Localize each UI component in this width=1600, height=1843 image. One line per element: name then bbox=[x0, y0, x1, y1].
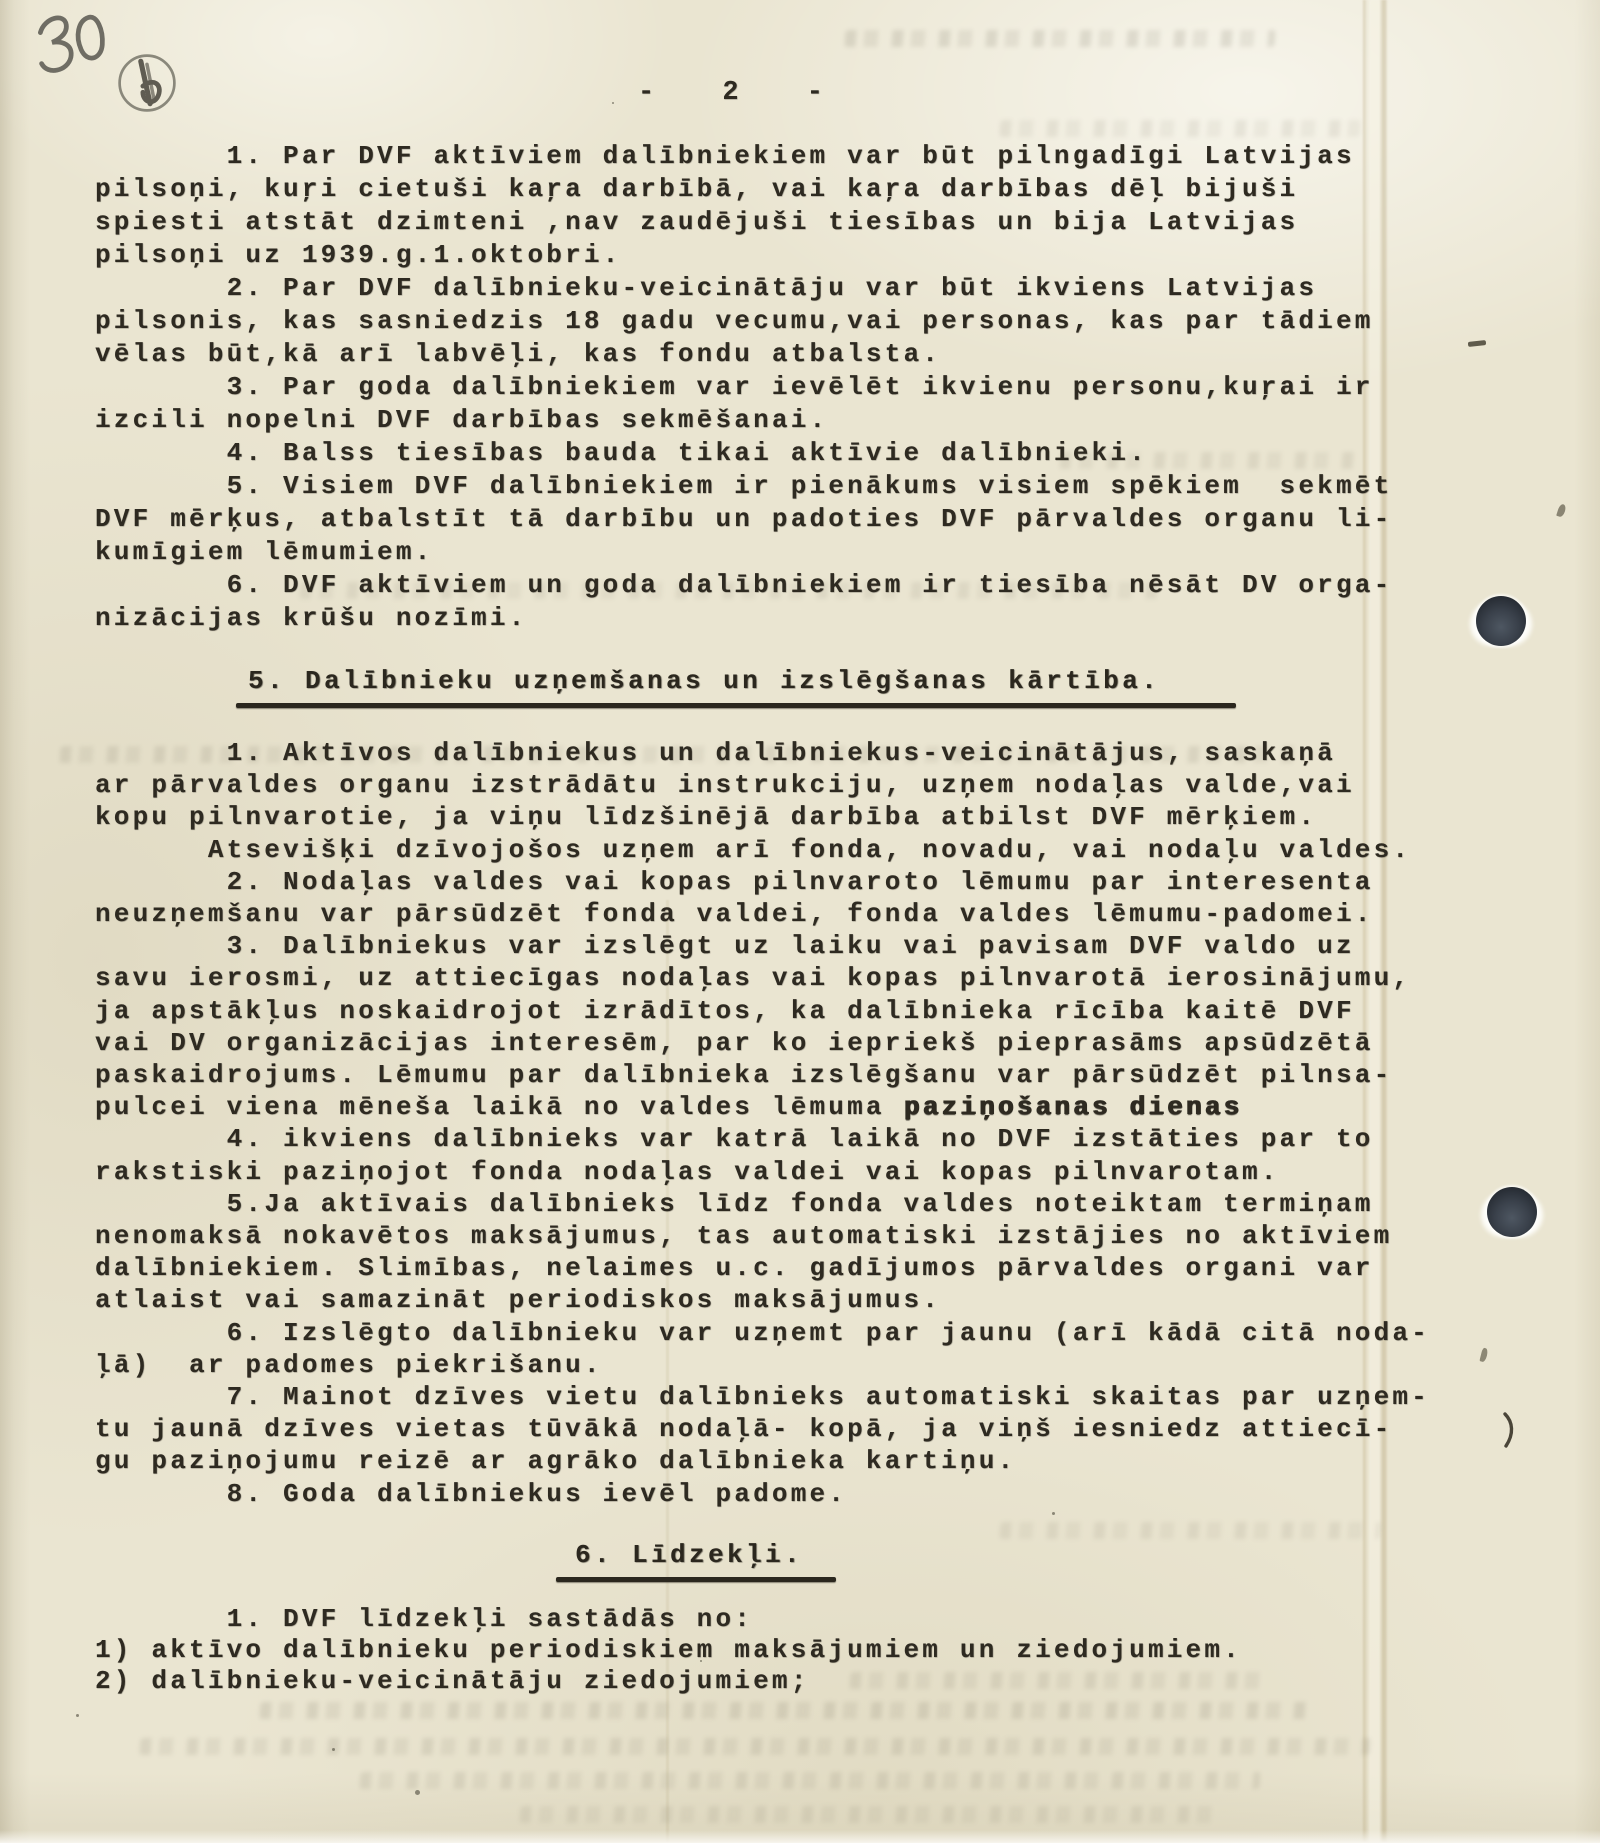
bleedthrough-smudge bbox=[844, 30, 1275, 47]
text-line: 5.Ja aktīvais dalībnieks līdz fonda vald… bbox=[95, 1188, 1374, 1221]
text-line: savu ierosmi, uz attiecīgas nodaļas vai … bbox=[95, 962, 1411, 995]
heading-underline bbox=[236, 703, 1236, 708]
bleedthrough-smudge bbox=[259, 1702, 1310, 1719]
bleedthrough-smudge bbox=[519, 1806, 1220, 1823]
text-line: vēlas būt,kā arī labvēļi, kas fondu atba… bbox=[95, 338, 941, 371]
text-line: DVF mērķus, atbalstīt tā darbību un pado… bbox=[95, 503, 1392, 536]
text-line: ar pārvaldes organu izstrādātu instrukci… bbox=[95, 769, 1355, 802]
text-line: 1. DVF līdzekļi sastādās no: bbox=[95, 1603, 753, 1636]
page-number: - 2 - bbox=[638, 78, 849, 108]
text-line: tu jaunā dzīves vietas tūvākā nodaļā- ko… bbox=[95, 1413, 1392, 1446]
text-line: 4. Balss tiesības bauda tikai aktīvie da… bbox=[95, 437, 1148, 470]
text-line: 8. Goda dalībniekus ievēl padome. bbox=[95, 1478, 847, 1511]
section-heading-6-funds: 6. Līdzekļi. bbox=[575, 1540, 803, 1570]
text-line: 1) aktīvo dalībnieku periodiskiem maksāj… bbox=[95, 1634, 1242, 1667]
text-line: paskaidrojums. Lēmumu par dalībnieka izs… bbox=[95, 1059, 1392, 1092]
text-line: ja apstākļus noskaidrojot izrādītos, ka … bbox=[95, 995, 1355, 1028]
text-line: pilsonis, kas sasniedzis 18 gadu vecumu,… bbox=[95, 305, 1374, 338]
paper-speck bbox=[415, 1790, 420, 1795]
bleedthrough-smudge bbox=[849, 1672, 1270, 1689]
bleedthrough-smudge bbox=[999, 1522, 1380, 1539]
text-line: 1. Par DVF aktīviem dalībniekiem var būt… bbox=[95, 140, 1355, 173]
text-line: vai DV organizācijas interesēm, par ko i… bbox=[95, 1027, 1374, 1060]
text-line: 1. Aktīvos dalībniekus un dalībniekus-ve… bbox=[95, 737, 1336, 770]
text-line: 2) dalībnieku-veicinātāju ziedojumiem; bbox=[95, 1665, 810, 1698]
text-line: 6. Izslēgto dalībnieku var uzņemt par ja… bbox=[95, 1317, 1430, 1350]
scan-bottom-edge bbox=[0, 1830, 1600, 1843]
text-line: ļā) ar padomes piekrišanu. bbox=[95, 1349, 603, 1382]
text-line: 7. Mainot dzīves vietu dalībnieks automa… bbox=[95, 1381, 1430, 1414]
text-line: kopu pilnvarotie, ja viņu līdzšinējā dar… bbox=[95, 801, 1317, 834]
bleedthrough-smudge bbox=[359, 1772, 1260, 1789]
text-line: pilsoņi, kuŗi cietuši kaŗa darbībā, vai … bbox=[95, 173, 1298, 206]
circled-pencil-initial-icon bbox=[116, 52, 178, 114]
text-line: dalībniekiem. Slimības, nelaimes u.c. ga… bbox=[95, 1252, 1374, 1285]
text-line: 2. Par DVF dalībnieku-veicinātāju var bū… bbox=[95, 272, 1317, 305]
paper-speck bbox=[332, 1748, 335, 1751]
text-line: 3. Par goda dalībniekiem var ievēlēt ikv… bbox=[95, 371, 1374, 404]
text-line: atlaist vai samazināt periodiskos maksāj… bbox=[95, 1284, 941, 1317]
text-line: izcili nopelni DVF darbības sekmēšanai. bbox=[95, 404, 828, 437]
text-line: neuzņemšanu var pārsūdzēt fonda valdei, … bbox=[95, 898, 1374, 931]
paper-speck bbox=[700, 1660, 702, 1662]
stray-typed-dash bbox=[1468, 340, 1486, 347]
section-heading-5-admission: 5. Dalībnieku uzņemšanas un izslēgšanas … bbox=[248, 666, 1160, 696]
text-line: 3. Dalībniekus var izslēgt uz laiku vai … bbox=[95, 930, 1355, 963]
text-line: 5. Visiem DVF dalībniekiem ir pienākums … bbox=[95, 470, 1392, 503]
text-line: rakstiski paziņojot fonda nodaļas valdei… bbox=[95, 1156, 1280, 1189]
scanned-typewritten-page: - 2 - 1. Par DVF aktīviem dalībniekiem v… bbox=[0, 0, 1600, 1843]
text-line: pulcei viena mēneša laikā no valdes lēmu… bbox=[95, 1091, 1242, 1124]
text-line: gu paziņojumu reizē ar agrāko dalībnieka… bbox=[95, 1445, 1016, 1478]
text-line: pilsoņi uz 1939.g.1.oktobri. bbox=[95, 239, 621, 272]
paper-speck bbox=[612, 102, 614, 104]
overtyped-text: paziņošanas dienas bbox=[904, 1092, 1242, 1122]
stray-ink-mark bbox=[1479, 1347, 1488, 1362]
text-line: Atsevišķi dzīvojošos uzņem arī fonda, no… bbox=[95, 834, 1411, 867]
text-line: 4. ikviens dalībnieks var katrā laikā no… bbox=[95, 1123, 1374, 1156]
hole-punch bbox=[1476, 596, 1526, 646]
stray-ink-mark bbox=[1556, 503, 1567, 518]
heading-underline bbox=[556, 1577, 836, 1582]
bleedthrough-smudge bbox=[999, 120, 1360, 137]
text-line: spiesti atstāt dzimteni ,nav zaudējuši t… bbox=[95, 206, 1298, 239]
handwritten-page-number-30 bbox=[34, 12, 106, 76]
text-line: nenomaksā nokavētos maksājumus, tas auto… bbox=[95, 1220, 1392, 1253]
text-line: 6. DVF aktīviem un goda dalībniekiem ir … bbox=[95, 569, 1392, 602]
text-line: 2. Nodaļas valdes vai kopas pilnvaroto l… bbox=[95, 866, 1374, 899]
bleedthrough-smudge bbox=[139, 1738, 1370, 1755]
text-line: kumīgiem lēmumiem. bbox=[95, 536, 433, 569]
paper-speck bbox=[1052, 1512, 1055, 1515]
paper-speck bbox=[76, 1714, 79, 1717]
handwritten-margin-bracket bbox=[1502, 1412, 1518, 1448]
hole-punch bbox=[1487, 1187, 1537, 1237]
text-line: nizācijas krūšu nozīmi. bbox=[95, 602, 527, 635]
